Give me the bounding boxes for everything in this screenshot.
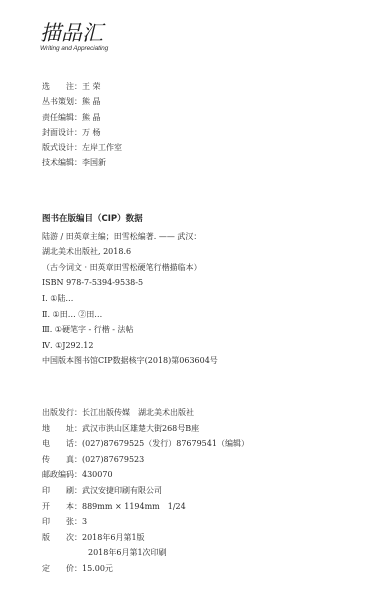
pub-label: 电 话: [42, 436, 74, 452]
cip-line: （古今词文 · 田英章田雪松硬笔行楷描临本）: [42, 260, 218, 276]
credit-value: 左岸工作室: [82, 140, 122, 155]
credit-row: 选 注：王 荣: [42, 79, 122, 94]
pub-value: 889mm × 1194mm 1/24: [82, 499, 186, 515]
pub-row-continued: 2018年6月第1次印刷: [42, 545, 249, 561]
cip-line: 中国版本图书馆CIP数据核字(2018)第063604号: [42, 353, 218, 369]
credit-value: 熊 晶: [82, 94, 101, 109]
credit-label: 丛书策划: [42, 94, 74, 109]
pub-value: 2018年6月第1版: [82, 530, 145, 546]
cip-line: Ⅰ. ①陆…: [42, 291, 218, 307]
pub-value: 430070: [82, 467, 113, 483]
pub-label: 开 本: [42, 499, 74, 515]
pub-value: (027)87679523: [82, 452, 144, 468]
cip-line: 陆游 / 田英章主编；田雪松编著. —— 武汉：: [42, 229, 218, 245]
credits-block: 选 注：王 荣 丛书策划：熊 晶 责任编辑：熊 晶 封面设计：万 杨 版式设计：…: [42, 79, 122, 171]
pub-label: 地 址: [42, 421, 74, 437]
pub-row: 传 真：(027)87679523: [42, 452, 249, 468]
credit-value: 王 荣: [82, 79, 101, 94]
pub-value: 武汉市洪山区雄楚大街268号B座: [82, 421, 199, 437]
credit-label: 封面设计: [42, 125, 74, 140]
pub-row: 印 张：3: [42, 514, 249, 530]
pub-row: 出版发行：长江出版传媒 湖北美术出版社: [42, 405, 249, 421]
pub-row: 邮政编码：430070: [42, 467, 249, 483]
pub-row: 开 本：889mm × 1194mm 1/24: [42, 499, 249, 515]
pub-label: 版 次: [42, 530, 74, 546]
credit-label: 版式设计: [42, 140, 74, 155]
pub-label: 印 张: [42, 514, 74, 530]
cip-line: ISBN 978-7-5394-9538-5: [42, 275, 218, 291]
credit-row: 版式设计：左岸工作室: [42, 140, 122, 155]
logo-english-text: Writing and Appreciating: [40, 45, 120, 52]
pub-value: (027)87679525（发行）87679541（编辑）: [82, 436, 249, 452]
pub-value: 2018年6月第1次印刷: [88, 545, 167, 561]
publisher-logo: 描品汇 Writing and Appreciating: [40, 22, 120, 52]
pub-value: 15.00元: [82, 561, 113, 577]
cip-line: Ⅱ. ①田… ②田…: [42, 307, 218, 323]
credit-label: 技术编辑: [42, 155, 74, 170]
cip-block: 图书在版编目（CIP）数据 陆游 / 田英章主编；田雪松编著. —— 武汉： 湖…: [42, 212, 218, 369]
credit-row: 责任编辑：熊 晶: [42, 110, 122, 125]
credit-value: 万 杨: [82, 125, 101, 140]
credit-row: 技术编辑：李国新: [42, 155, 122, 170]
pub-row: 印 刷：武汉安捷印刷有限公司: [42, 483, 249, 499]
pub-row: 版 次：2018年6月第1版: [42, 530, 249, 546]
credit-row: 丛书策划：熊 晶: [42, 94, 122, 109]
pub-value: 长江出版传媒 湖北美术出版社: [82, 405, 194, 421]
publication-info-block: 出版发行：长江出版传媒 湖北美术出版社 地 址：武汉市洪山区雄楚大街268号B座…: [42, 405, 249, 577]
credit-label: 责任编辑: [42, 110, 74, 125]
pub-row: 地 址：武汉市洪山区雄楚大街268号B座: [42, 421, 249, 437]
credit-value: 熊 晶: [82, 110, 101, 125]
pub-value: 3: [82, 514, 87, 530]
pub-label: 定 价: [42, 561, 74, 577]
credit-value: 李国新: [82, 155, 106, 170]
cip-line: Ⅲ. ①硬笔字 - 行楷 - 法帖: [42, 322, 218, 338]
pub-label: 出版发行: [42, 405, 74, 421]
pub-row: 电 话：(027)87679525（发行）87679541（编辑）: [42, 436, 249, 452]
logo-chinese-text: 描品汇: [40, 22, 120, 44]
cip-line: Ⅳ. ①J292.12: [42, 338, 218, 354]
credit-row: 封面设计：万 杨: [42, 125, 122, 140]
cip-title: 图书在版编目（CIP）数据: [42, 212, 218, 228]
cip-line: 湖北美术出版社, 2018.6: [42, 244, 218, 260]
pub-label: 传 真: [42, 452, 74, 468]
credit-label: 选 注: [42, 79, 74, 94]
pub-label: 印 刷: [42, 483, 74, 499]
pub-label: 邮政编码: [42, 467, 74, 483]
pub-row: 定 价：15.00元: [42, 561, 249, 577]
pub-value: 武汉安捷印刷有限公司: [82, 483, 162, 499]
